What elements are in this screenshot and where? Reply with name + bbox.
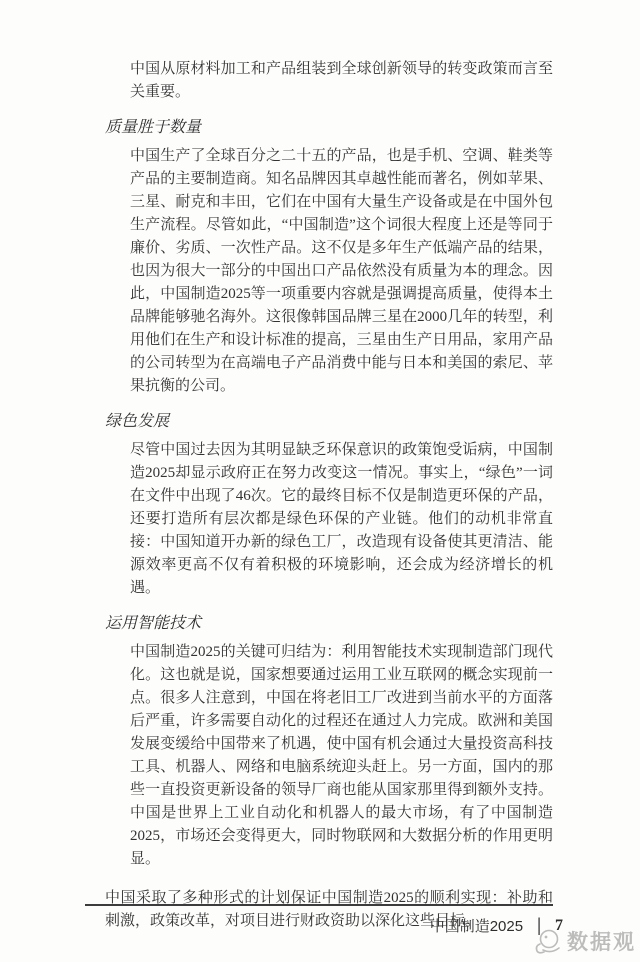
section-body-smart: 中国制造2025的关键可归结为：利用智能技术实现制造部门现代化。这也就是说，国家… — [130, 641, 553, 871]
page-footer: 中国制造2025 | 7 — [85, 915, 563, 936]
section-green-development: 绿色发展 尽管中国过去因为其明显缺乏环保意识的政策饱受诟病，中国制造2025却显… — [105, 410, 553, 600]
page-content: 中国从原材料加工和产品组装到全球创新领导的转变政策而言至关重要。 质量胜于数量 … — [105, 58, 553, 933]
intro-paragraph: 中国从原材料加工和产品组装到全球创新领导的转变政策而言至关重要。 — [130, 58, 553, 104]
section-heading-smart: 运用智能技术 — [105, 612, 553, 635]
section-body-green: 尽管中国过去因为其明显缺乏环保意识的政策饱受诟病，中国制造2025却显示政府正在… — [130, 439, 553, 600]
section-heading-quality: 质量胜于数量 — [105, 116, 553, 139]
footer-book-title: 中国制造2025 — [430, 915, 523, 936]
watermark-text: 数据观 — [567, 926, 636, 956]
footer-rule — [85, 904, 553, 906]
section-heading-green: 绿色发展 — [105, 410, 553, 433]
section-smart-technology: 运用智能技术 中国制造2025的关键可归结为：利用智能技术实现制造部门现代化。这… — [105, 612, 553, 871]
dataview-logo-icon — [533, 926, 563, 956]
section-body-quality: 中国生产了全球百分之二十五的产品，也是手机、空调、鞋类等产品的主要制造商。知名品… — [130, 145, 553, 398]
section-quality-over-quantity: 质量胜于数量 中国生产了全球百分之二十五的产品，也是手机、空调、鞋类等产品的主要… — [105, 116, 553, 398]
watermark: 数据观 — [533, 926, 636, 956]
document-page: 中国从原材料加工和产品组装到全球创新领导的转变政策而言至关重要。 质量胜于数量 … — [0, 0, 640, 962]
